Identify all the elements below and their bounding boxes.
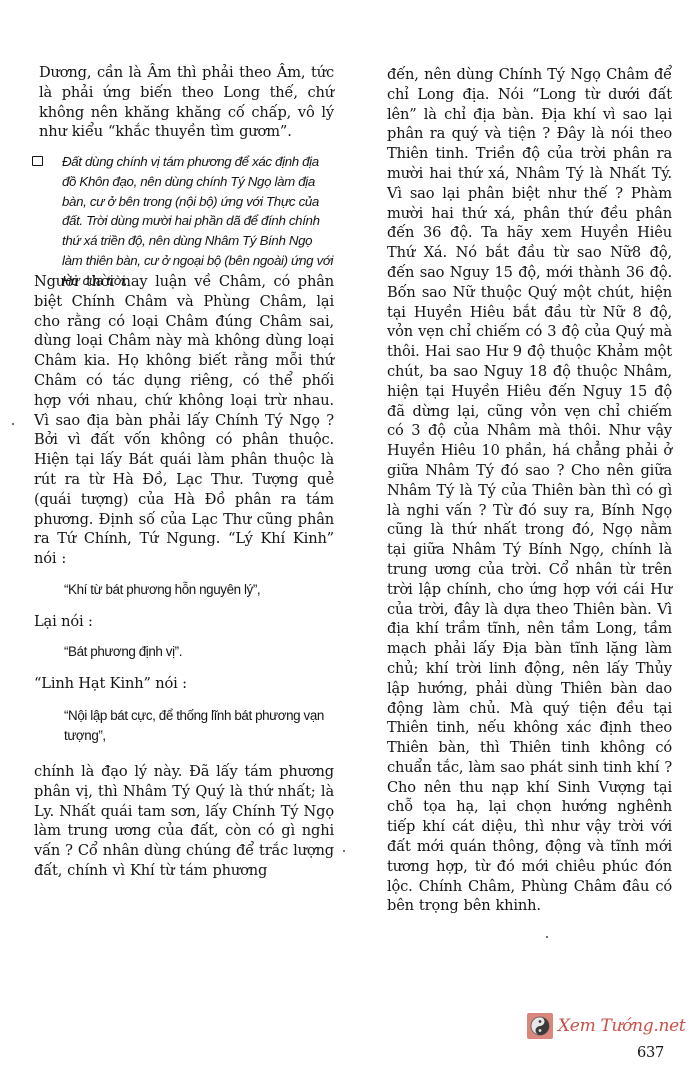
scan-speck — [343, 850, 345, 852]
scan-speck — [12, 423, 14, 425]
quote-ly-khi-kinh: “Khí từ bát phương hỗn nguyên lý”, — [64, 580, 334, 600]
closing-paragraph-left: chính là đạo lý này. Đã lấy tám phương p… — [34, 762, 334, 881]
left-column: Dương, cần là Âm thì phải theo Âm, tức l… — [34, 0, 334, 1067]
watermark: Xem Tướng.net — [527, 1013, 685, 1039]
watermark-text: Xem Tướng.net — [558, 1016, 685, 1036]
yin-yang-icon — [527, 1013, 553, 1039]
label-linh-hat-kinh: “Linh Hạt Kinh” nói : — [34, 674, 187, 694]
main-paragraph: Người thời nay luận về Châm, có phân biệ… — [34, 272, 334, 569]
right-column: đến, nên dùng Chính Tý Ngọ Châm để chỉ L… — [387, 0, 672, 1067]
right-paragraph: đến, nên dùng Chính Tý Ngọ Châm để chỉ L… — [387, 65, 672, 916]
continuation-paragraph: Dương, cần là Âm thì phải theo Âm, tức l… — [39, 63, 334, 142]
book-page: Dương, cần là Âm thì phải theo Âm, tức l… — [0, 0, 696, 1067]
note-text: Đất dùng chính vị tám phương để xác định… — [62, 152, 334, 291]
scan-speck — [546, 936, 548, 938]
quote-bat-phuong-dinh-vi: “Bát phương định vị”. — [64, 642, 334, 662]
quote-linh-hat-kinh: “Nội lập bát cực, để thống lĩnh bát phươ… — [64, 706, 334, 746]
label-lai-noi: Lại nói : — [34, 612, 93, 632]
hollow-square-bullet-icon — [32, 156, 43, 166]
page-number: 637 — [637, 1044, 664, 1061]
